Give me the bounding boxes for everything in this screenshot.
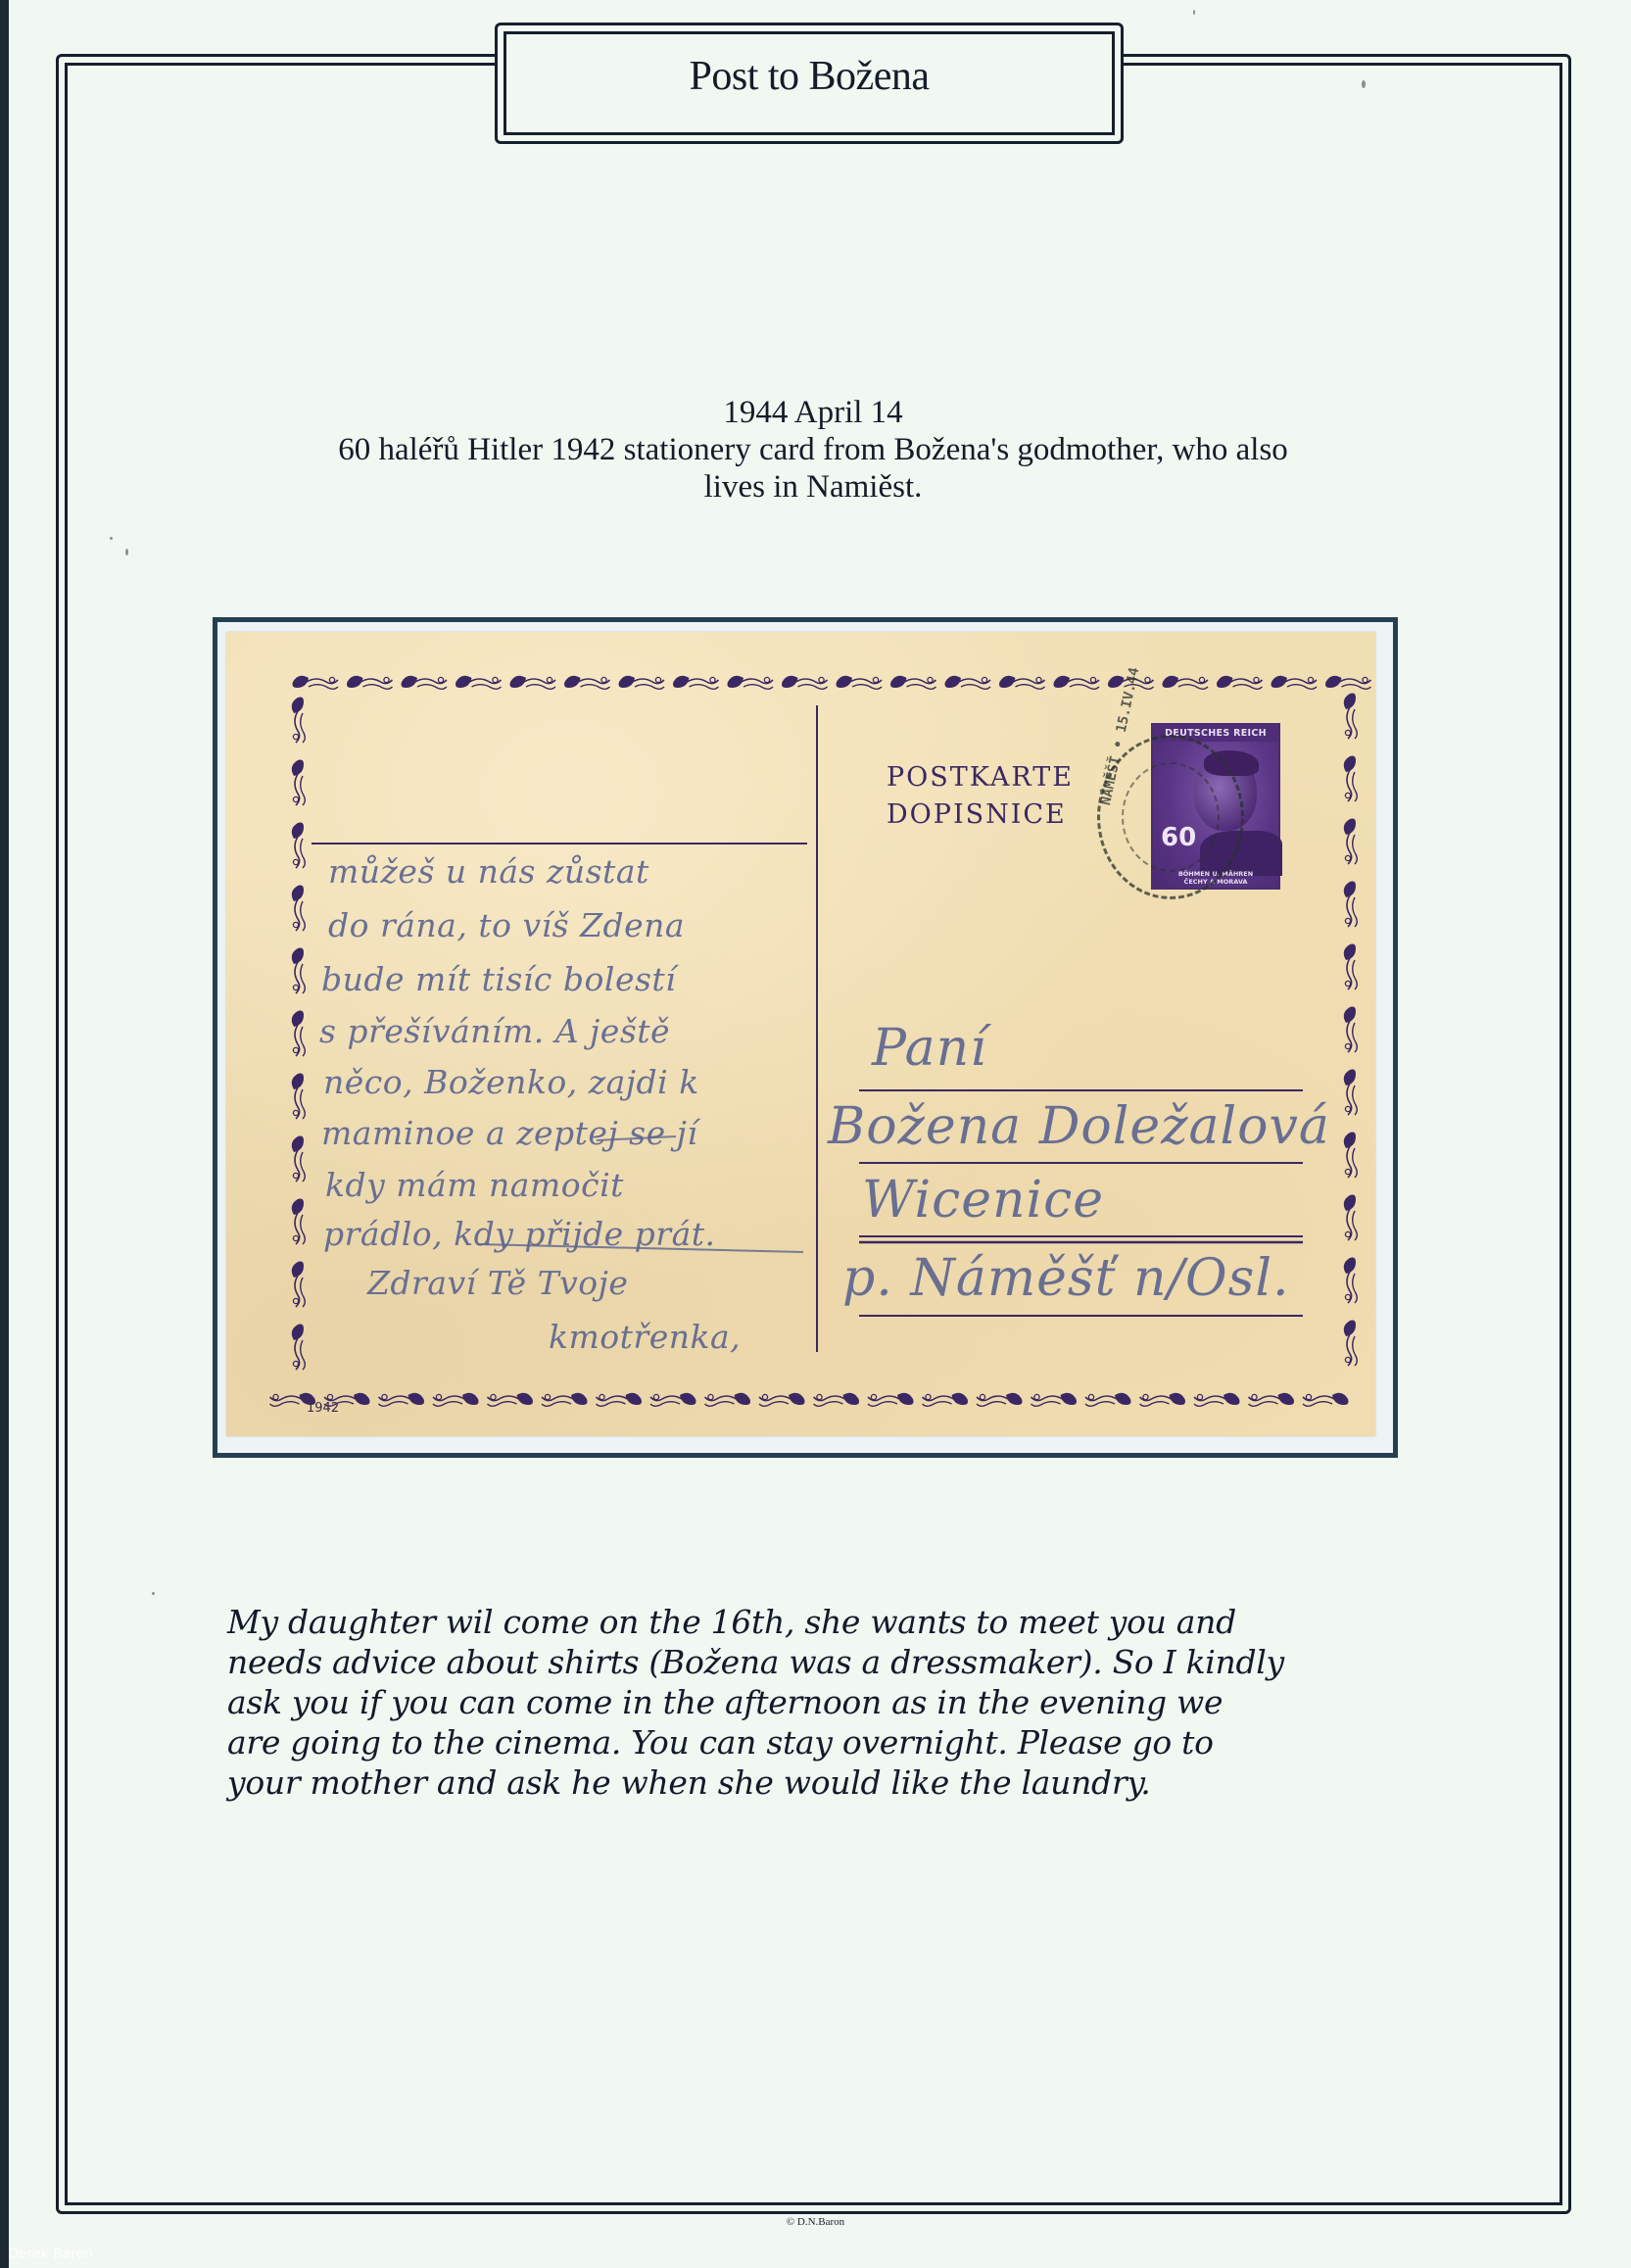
address-village: Wicenice — [862, 1171, 1104, 1230]
message-line: prádlo, kdy přijde prát. — [323, 1215, 716, 1253]
card-print-year: 1942 — [307, 1401, 339, 1416]
message-signoff: Zdraví Tě Tvoje — [367, 1264, 628, 1302]
scan-speck — [1362, 80, 1366, 88]
postcard-heading-czech: DOPISNICE — [887, 796, 1074, 834]
translation-line: your mother and ask he when she would li… — [227, 1762, 1373, 1803]
translation-line: are going to the cinema. You can stay ov… — [227, 1722, 1373, 1762]
postcard-ornament-border — [0, 0, 1631, 2268]
translation-line: My daughter wil come on the 16th, she wa… — [227, 1602, 1373, 1642]
message-signature: kmotřenka, — [549, 1318, 741, 1356]
message-line: bude mít tisíc bolestí — [321, 960, 676, 998]
postcard-heading: POSTKARTE DOPISNICE — [887, 759, 1074, 834]
address-post-office: p. Náměšť n/Osl. — [842, 1249, 1290, 1308]
translation-line: needs advice about shirts (Božena was a … — [227, 1642, 1373, 1682]
scan-speck — [152, 1592, 155, 1595]
scan-speck — [125, 549, 128, 555]
postmark-inner-circle — [1122, 762, 1220, 872]
scan-speck — [1193, 10, 1195, 15]
postcard-heading-german: POSTKARTE — [887, 759, 1074, 796]
message-line: do rána, to víš Zdena — [328, 906, 685, 944]
copyright-notice: © D.N.Baron — [0, 2216, 1631, 2228]
message-line: kdy mám namočit — [325, 1166, 624, 1204]
watermark: Derek Baron — [8, 2246, 93, 2262]
scan-speck — [110, 537, 113, 540]
message-line: můžeš u nás zůstat — [328, 852, 649, 891]
address-name: Božena Doležalová — [828, 1097, 1330, 1156]
address-salutation: Paní — [872, 1019, 987, 1078]
translation-line: ask you if you can come in the afternoon… — [227, 1682, 1373, 1722]
message-line: maminoe a zeptej se jí — [321, 1114, 697, 1152]
message-line: něco, Boženko, zajdi k — [323, 1063, 699, 1101]
message-line: s přešíváním. A ještě — [319, 1012, 670, 1050]
message-translation: My daughter wil come on the 16th, she wa… — [227, 1602, 1373, 1803]
